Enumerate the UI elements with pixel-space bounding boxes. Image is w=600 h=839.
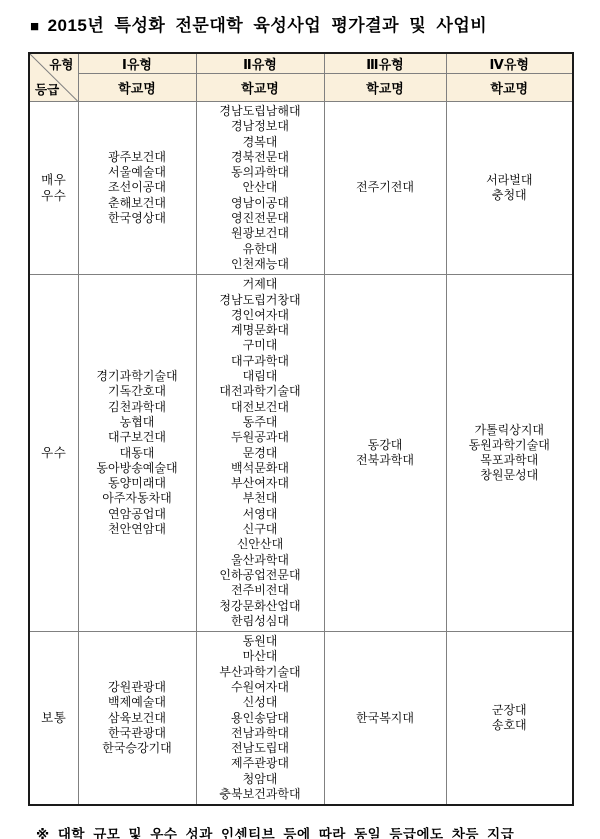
document-page: ■ 2015년 특성화 전문대학 육성사업 평가결과 및 사업비 유형 등급 Ⅰ… bbox=[0, 0, 600, 839]
table-row-average: 보통 강원관광대 백제예술대 삼육보건대 한국관광대 한국승강기대 동원대 마산… bbox=[29, 632, 573, 806]
school-list-type4: 가톨릭상지대 동원과학기술대 목포과학대 창원문성대 bbox=[446, 275, 573, 632]
footnote: ※ 대학 규모 및 우수 성과 인센티브 등에 따라 동일 등급에도 차등 지급 bbox=[36, 823, 600, 839]
column-header-type3: Ⅲ유형 bbox=[324, 53, 446, 74]
corner-label-type: 유형 bbox=[49, 55, 73, 73]
title-bullet-icon: ■ bbox=[30, 19, 40, 34]
school-list-type4: 서라벌대 충청대 bbox=[446, 102, 573, 275]
table-row-very-excellent: 매우 우수 광주보건대 서울예술대 조선이공대 춘해보건대 한국영상대 경남도립… bbox=[29, 102, 573, 275]
header-row-type: 유형 등급 Ⅰ유형 Ⅱ유형 Ⅲ유형 Ⅳ유형 bbox=[29, 53, 573, 74]
subheader-school-type1: 학교명 bbox=[78, 74, 196, 102]
subheader-school-type3: 학교명 bbox=[324, 74, 446, 102]
column-header-type4: Ⅳ유형 bbox=[446, 53, 573, 74]
school-list-type1: 경기과학기술대 기독간호대 김천과학대 농협대 대구보건대 대동대 동아방송예술… bbox=[78, 275, 196, 632]
school-list-type4: 군장대 송호대 bbox=[446, 632, 573, 806]
school-list-type3: 전주기전대 bbox=[324, 102, 446, 275]
corner-cell: 유형 등급 bbox=[29, 53, 78, 102]
column-header-type2: Ⅱ유형 bbox=[196, 53, 324, 74]
school-list-type3: 동강대 전북과학대 bbox=[324, 275, 446, 632]
corner-label-grade: 등급 bbox=[35, 80, 59, 98]
grade-cell: 매우 우수 bbox=[29, 102, 78, 275]
page-title-text: 2015년 특성화 전문대학 육성사업 평가결과 및 사업비 bbox=[48, 15, 488, 37]
grade-cell: 우수 bbox=[29, 275, 78, 632]
subheader-school-type4: 학교명 bbox=[446, 74, 573, 102]
school-list-type2: 경남도립남해대 경남정보대 경복대 경북전문대 동의과학대 안산대 영남이공대 … bbox=[196, 102, 324, 275]
school-list-type3: 한국복지대 bbox=[324, 632, 446, 806]
subheader-school-type2: 학교명 bbox=[196, 74, 324, 102]
school-list-type2: 동원대 마산대 부산과학기술대 수원여자대 신성대 용인송담대 전남과학대 전남… bbox=[196, 632, 324, 806]
column-header-type1: Ⅰ유형 bbox=[78, 53, 196, 74]
school-list-type1: 강원관광대 백제예술대 삼육보건대 한국관광대 한국승강기대 bbox=[78, 632, 196, 806]
table-row-excellent: 우수 경기과학기술대 기독간호대 김천과학대 농협대 대구보건대 대동대 동아방… bbox=[29, 275, 573, 632]
school-list-type1: 광주보건대 서울예술대 조선이공대 춘해보건대 한국영상대 bbox=[78, 102, 196, 275]
page-title: ■ 2015년 특성화 전문대학 육성사업 평가결과 및 사업비 bbox=[30, 15, 600, 37]
evaluation-table: 유형 등급 Ⅰ유형 Ⅱ유형 Ⅲ유형 Ⅳ유형 학교명 학교명 학교명 학교명 매우… bbox=[28, 52, 574, 806]
header-row-school: 학교명 학교명 학교명 학교명 bbox=[29, 74, 573, 102]
school-list-type2: 거제대 경남도립거창대 경인여자대 계명문화대 구미대 대구과학대 대림대 대전… bbox=[196, 275, 324, 632]
grade-cell: 보통 bbox=[29, 632, 78, 806]
